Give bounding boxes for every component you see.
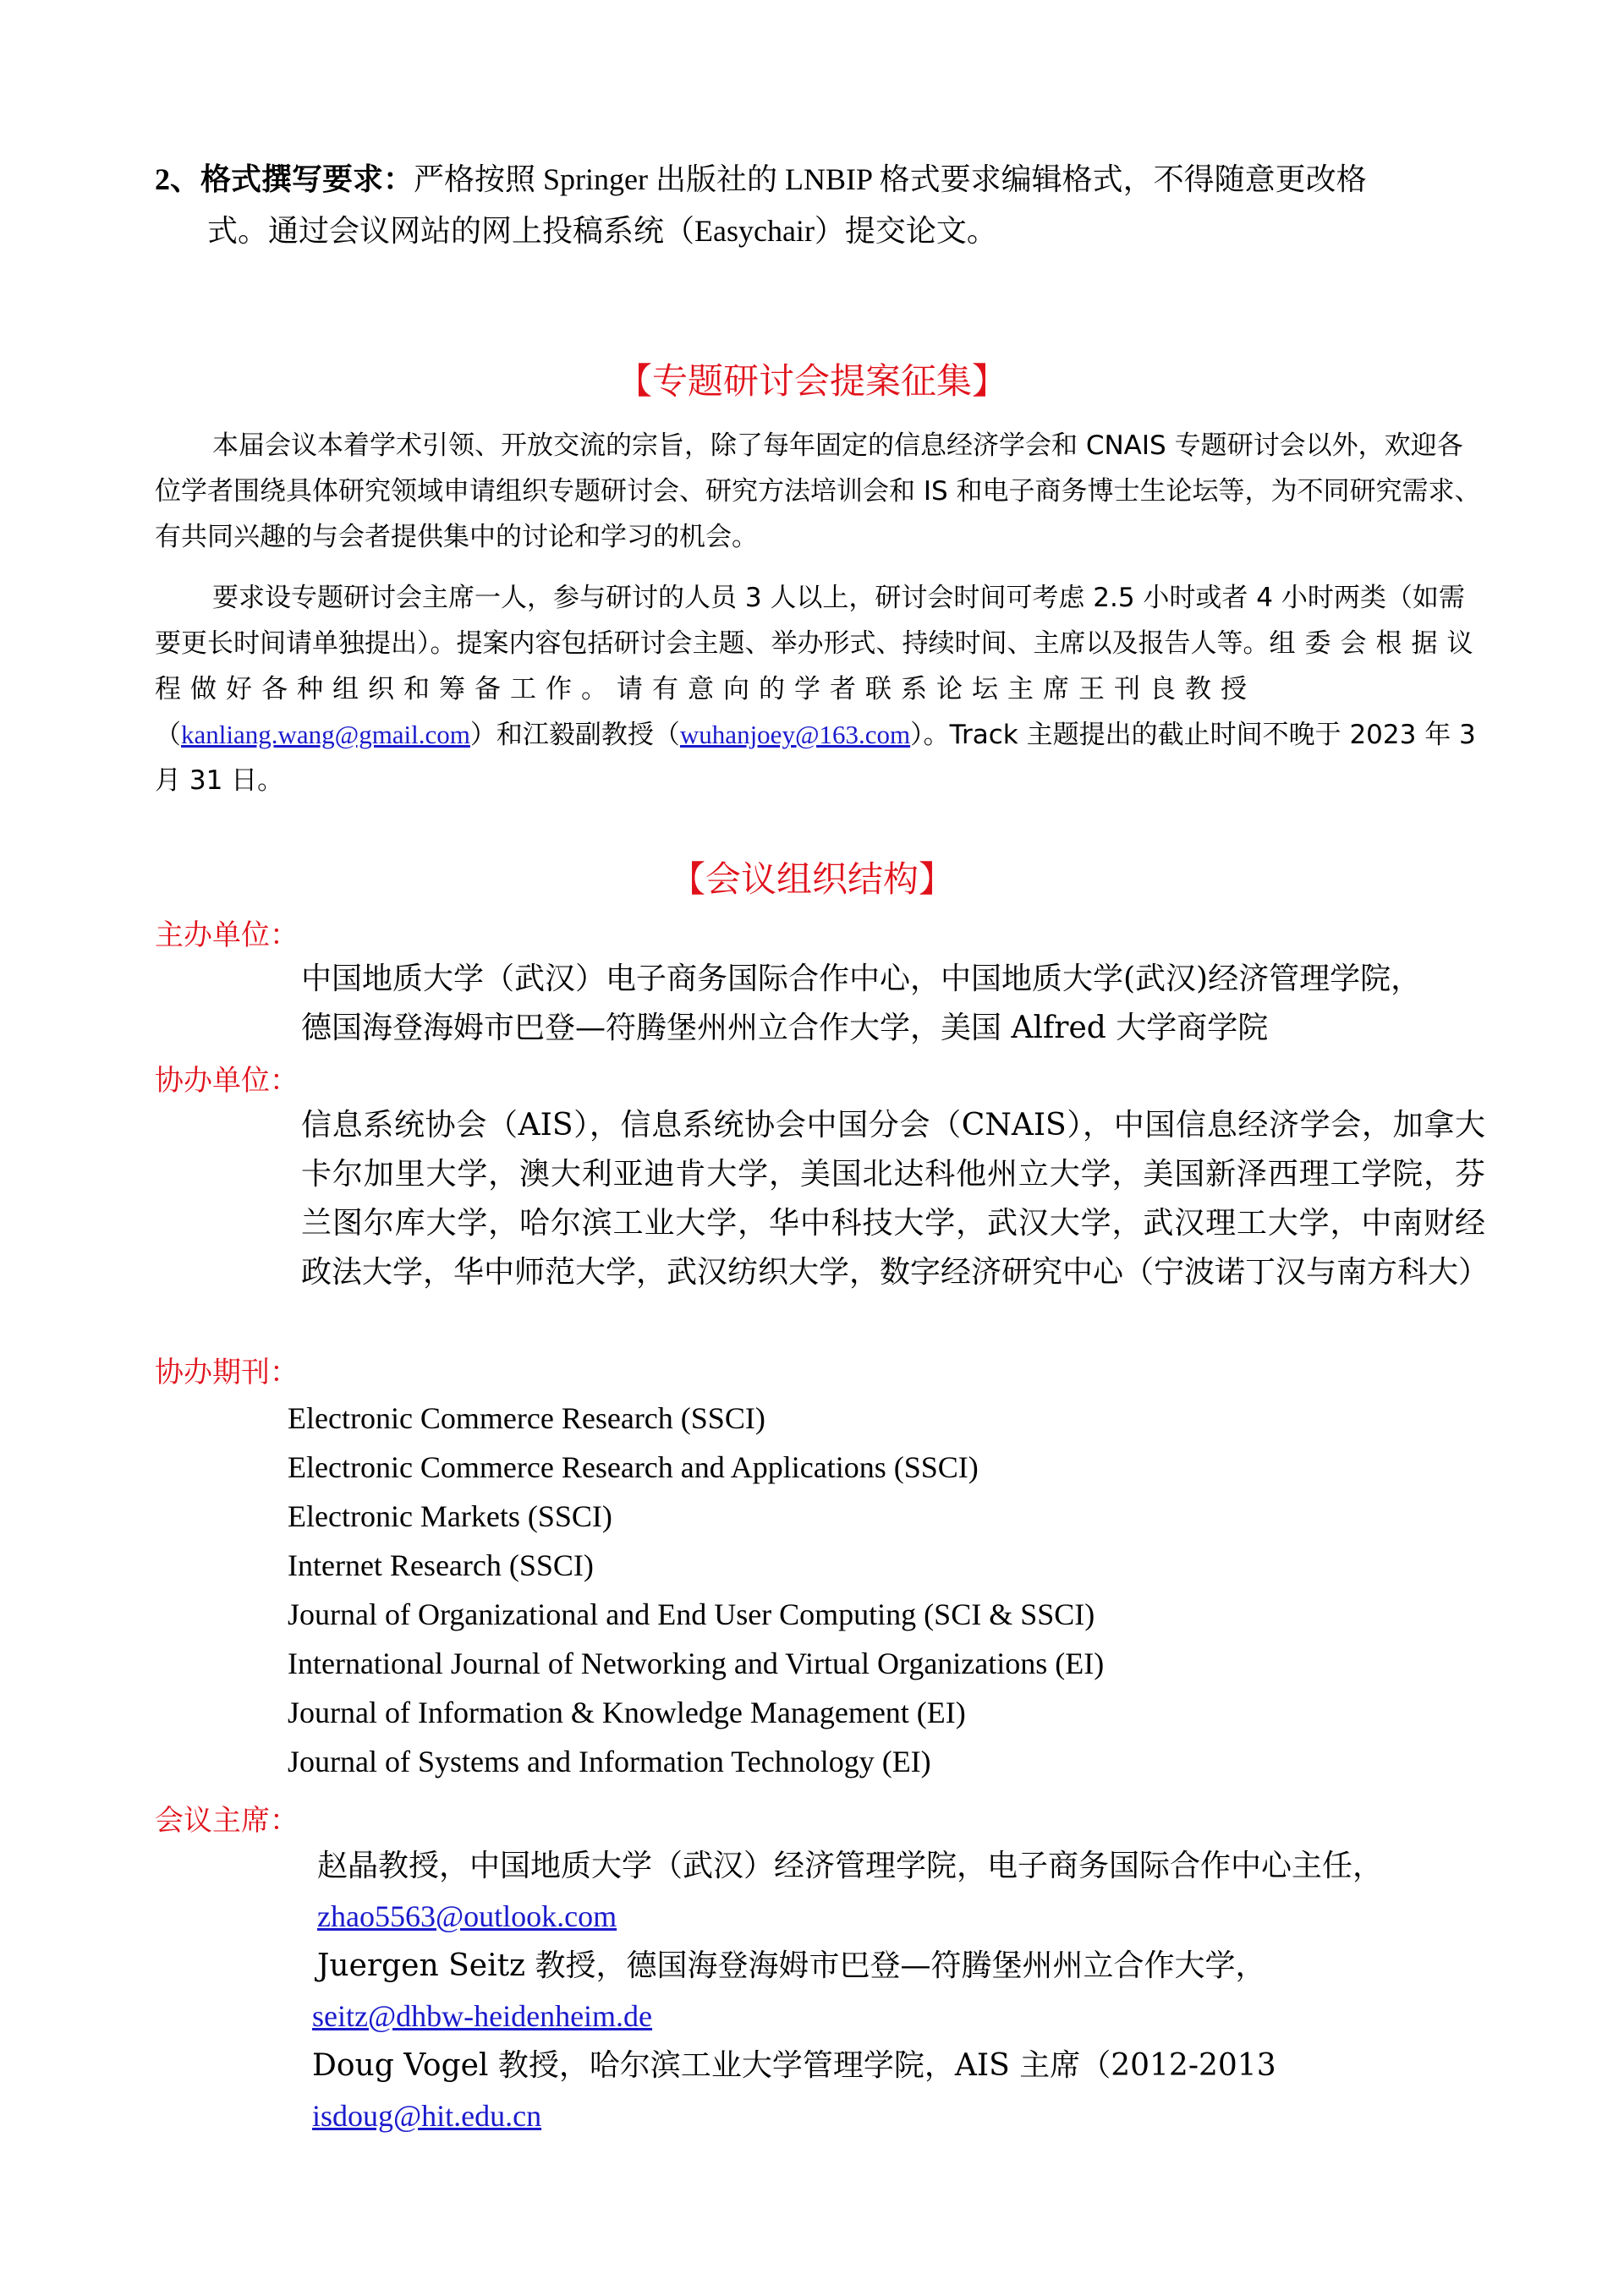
chairs-list: 赵晶教授，中国地质大学（武汉）经济管理学院，电子商务国际合作中心主任， zhao…: [317, 1842, 1383, 2141]
format-requirement-line2: 式。通过会议网站的网上投稿系统（Easychair）提交论文。: [155, 205, 1483, 256]
chair-email-link[interactable]: isdoug@hit.edu.cn: [312, 2099, 541, 2133]
chairs-label: 会议主席：: [155, 1797, 299, 1838]
co-organizers-label: 协办单位：: [155, 1057, 299, 1099]
item-number: 2、: [155, 162, 200, 196]
co-organizers-list: 信息系统协会（AIS），信息系统协会中国分会（CNAIS），中国信息经济学会，加…: [301, 1101, 1485, 1297]
chair-description: Doug Vogel 教授，哈尔滨工业大学管理学院，AIS 主席（2012-20…: [312, 2041, 1383, 2091]
document-page: 2、格式撰写要求：严格按照 Springer 出版社的 LNBIP 格式要求编辑…: [0, 0, 1624, 2296]
email-link-kanliang[interactable]: kanliang.wang@gmail.com: [181, 720, 470, 749]
format-requirement-line1: 2、格式撰写要求：严格按照 Springer 出版社的 LNBIP 格式要求编辑…: [155, 154, 1483, 205]
journal-item: Journal of Systems and Information Techn…: [288, 1737, 1104, 1786]
email-link-wuhanjoey[interactable]: wuhanjoey@163.com: [680, 720, 910, 749]
organization-section-title: 【会议组织结构】: [0, 852, 1624, 902]
host-line-2: 德国海登海姆市巴登—符腾堡州州立合作大学，美国 Alfred 大学商学院: [301, 1004, 1485, 1053]
workshop-paragraph-2: 要求设专题研讨会主席一人，参与研讨的人员 3 人以上，研讨会时间可考虑 2.5 …: [155, 575, 1483, 803]
journal-item: Journal of Information & Knowledge Manag…: [288, 1688, 1104, 1737]
workshop-paragraph-1: 本届会议本着学术引领、开放交流的宗旨，除了每年固定的信息经济学会和 CNAIS …: [155, 423, 1483, 560]
journals-list: Electronic Commerce Research (SSCI) Elec…: [288, 1394, 1104, 1786]
journal-item: Electronic Commerce Research (SSCI): [288, 1394, 1104, 1443]
item-text: 严格按照 Springer 出版社的 LNBIP 格式要求编辑格式，不得随意更改…: [414, 162, 1367, 196]
format-requirement: 2、格式撰写要求：严格按照 Springer 出版社的 LNBIP 格式要求编辑…: [155, 154, 1483, 256]
item-label: 格式撰写要求：: [200, 162, 414, 197]
host-organizations: 中国地质大学（武汉）电子商务国际合作中心，中国地质大学(武汉)经济管理学院， 德…: [301, 955, 1485, 1053]
journal-item: Electronic Markets (SSCI): [288, 1492, 1104, 1541]
chair-description: 赵晶教授，中国地质大学（武汉）经济管理学院，电子商务国际合作中心主任，: [317, 1842, 1383, 1892]
journals-label: 协办期刊：: [155, 1349, 299, 1390]
chair-email-link[interactable]: zhao5563@outlook.com: [317, 1899, 617, 1933]
journal-item: International Journal of Networking and …: [288, 1639, 1104, 1688]
chair-description: Juergen Seitz 教授，德国海登海姆市巴登—符腾堡州州立合作大学，: [317, 1942, 1383, 1992]
journal-item: Internet Research (SSCI): [288, 1541, 1104, 1590]
chair-email-link[interactable]: seitz@dhbw-heidenheim.de: [312, 1999, 652, 2033]
journal-item: Electronic Commerce Research and Applica…: [288, 1443, 1104, 1492]
workshop-section-title: 【专题研讨会提案征集】: [0, 353, 1624, 404]
host-line-1: 中国地质大学（武汉）电子商务国际合作中心，中国地质大学(武汉)经济管理学院，: [301, 955, 1485, 1004]
journal-item: Journal of Organizational and End User C…: [288, 1590, 1104, 1639]
host-label: 主办单位：: [155, 912, 299, 953]
